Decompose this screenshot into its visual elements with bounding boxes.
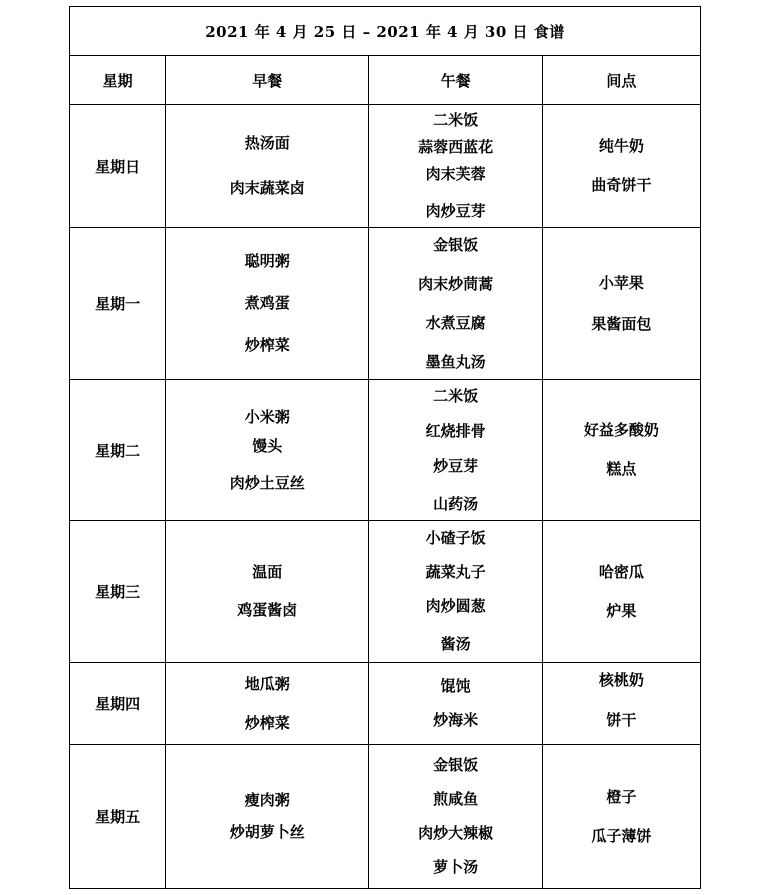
breakfast-cell: 瘦肉粥 炒胡萝卜丝 (166, 745, 369, 889)
menu-item: 哈密瓜 (599, 563, 644, 582)
menu-item: 煎咸鱼 (433, 790, 478, 809)
day-cell: 星期五 (70, 745, 166, 889)
menu-item: 炉果 (606, 602, 636, 621)
menu-item: 炒榨菜 (245, 336, 290, 355)
table-row: 星期日 热汤面 肉末蔬菜卤 二米饭 蒜蓉西蓝花 肉末芙蓉 肉炒豆芽 纯牛奶 曲奇 (70, 105, 701, 228)
menu-item: 金银饭 (433, 756, 478, 775)
menu-item: 饼干 (606, 711, 636, 730)
menu-item: 好益多酸奶 (584, 421, 659, 440)
breakfast-cell: 热汤面 肉末蔬菜卤 (166, 105, 369, 228)
menu-item: 山药汤 (433, 495, 478, 514)
menu-item: 金银饭 (433, 236, 478, 255)
menu-item: 肉炒土豆丝 (230, 474, 305, 493)
weekly-menu-table: 2021 年 4 月 25 日 – 2021 年 4 月 30 日 食谱 星期 … (69, 6, 701, 889)
snack-cell: 纯牛奶 曲奇饼干 (542, 105, 700, 228)
menu-item: 橙子 (606, 788, 636, 807)
menu-item: 肉末蔬菜卤 (230, 179, 305, 198)
snack-cell: 橙子 瓜子薄饼 (542, 745, 700, 889)
menu-item: 蔬菜丸子 (426, 563, 486, 582)
menu-item: 小苹果 (599, 274, 644, 293)
lunch-cell: 二米饭 蒜蓉西蓝花 肉末芙蓉 肉炒豆芽 (369, 105, 542, 228)
menu-item: 地瓜粥 (245, 675, 290, 694)
menu-item: 鸡蛋酱卤 (237, 601, 297, 620)
lunch-cell: 金银饭 肉末炒茼蒿 水煮豆腐 墨鱼丸汤 (369, 228, 542, 380)
menu-item: 糕点 (606, 460, 636, 479)
menu-item: 二米饭 (433, 387, 478, 406)
table-row: 星期三 温面 鸡蛋酱卤 小碴子饭 蔬菜丸子 肉炒圆葱 酱汤 哈密瓜 炉果 (70, 521, 701, 663)
menu-item: 酱汤 (441, 635, 471, 654)
table-row: 星期四 地瓜粥 炒榨菜 馄饨 炒海米 核桃奶 饼干 (70, 663, 701, 745)
menu-item: 二米饭 (433, 111, 478, 130)
menu-item: 温面 (252, 563, 282, 582)
menu-item: 炒豆芽 (433, 457, 478, 476)
menu-item: 炒胡萝卜丝 (230, 823, 305, 842)
header-lunch: 午餐 (369, 56, 542, 105)
menu-item: 肉炒大辣椒 (418, 824, 493, 843)
lunch-cell: 馄饨 炒海米 (369, 663, 542, 745)
lunch-cell: 二米饭 红烧排骨 炒豆芽 山药汤 (369, 380, 542, 521)
lunch-cell: 金银饭 煎咸鱼 肉炒大辣椒 萝卜汤 (369, 745, 542, 889)
day-cell: 星期四 (70, 663, 166, 745)
menu-item: 纯牛奶 (599, 137, 644, 156)
breakfast-cell: 地瓜粥 炒榨菜 (166, 663, 369, 745)
snack-cell: 哈密瓜 炉果 (542, 521, 700, 663)
header-breakfast: 早餐 (166, 56, 369, 105)
menu-item: 馒头 (252, 437, 282, 456)
menu-item: 蒜蓉西蓝花 (418, 138, 493, 157)
table-row: 星期一 聪明粥 煮鸡蛋 炒榨菜 金银饭 肉末炒茼蒿 水煮豆腐 墨鱼丸汤 小苹果 (70, 228, 701, 380)
table-row: 星期五 瘦肉粥 炒胡萝卜丝 金银饭 煎咸鱼 肉炒大辣椒 萝卜汤 橙子 瓜子薄饼 (70, 745, 701, 889)
menu-item: 肉末炒茼蒿 (418, 275, 493, 294)
menu-item: 瘦肉粥 (245, 791, 290, 810)
breakfast-cell: 小米粥 馒头 肉炒土豆丝 (166, 380, 369, 521)
menu-item: 肉末芙蓉 (426, 165, 486, 184)
day-cell: 星期一 (70, 228, 166, 380)
title-row: 2021 年 4 月 25 日 – 2021 年 4 月 30 日 食谱 (70, 7, 701, 56)
menu-item: 肉炒豆芽 (426, 202, 486, 221)
breakfast-cell: 聪明粥 煮鸡蛋 炒榨菜 (166, 228, 369, 380)
menu-item: 炒榨菜 (245, 714, 290, 733)
menu-item: 肉炒圆葱 (426, 597, 486, 616)
snack-cell: 小苹果 果酱面包 (542, 228, 700, 380)
day-cell: 星期二 (70, 380, 166, 521)
menu-item: 墨鱼丸汤 (426, 353, 486, 372)
menu-item: 萝卜汤 (433, 858, 478, 877)
menu-item: 红烧排骨 (426, 422, 486, 441)
breakfast-cell: 温面 鸡蛋酱卤 (166, 521, 369, 663)
menu-item: 聪明粥 (245, 252, 290, 271)
menu-item: 小米粥 (245, 408, 290, 427)
menu-item: 瓜子薄饼 (591, 827, 651, 846)
menu-item: 核桃奶 (599, 671, 644, 690)
menu-item: 曲奇饼干 (591, 176, 651, 195)
snack-cell: 核桃奶 饼干 (542, 663, 700, 745)
menu-item: 煮鸡蛋 (245, 294, 290, 313)
lunch-cell: 小碴子饭 蔬菜丸子 肉炒圆葱 酱汤 (369, 521, 542, 663)
table-row: 星期二 小米粥 馒头 肉炒土豆丝 二米饭 红烧排骨 炒豆芽 山药汤 好益多酸奶 (70, 380, 701, 521)
menu-item: 馄饨 (441, 677, 471, 696)
menu-item: 炒海米 (433, 711, 478, 730)
menu-item: 热汤面 (245, 134, 290, 153)
menu-item: 果酱面包 (591, 315, 651, 334)
day-cell: 星期三 (70, 521, 166, 663)
menu-item: 水煮豆腐 (426, 314, 486, 333)
snack-cell: 好益多酸奶 糕点 (542, 380, 700, 521)
header-snack: 间点 (542, 56, 700, 105)
day-cell: 星期日 (70, 105, 166, 228)
header-row: 星期 早餐 午餐 间点 (70, 56, 701, 105)
menu-title: 2021 年 4 月 25 日 – 2021 年 4 月 30 日 食谱 (70, 7, 701, 56)
menu-item: 小碴子饭 (426, 529, 486, 548)
header-day: 星期 (70, 56, 166, 105)
